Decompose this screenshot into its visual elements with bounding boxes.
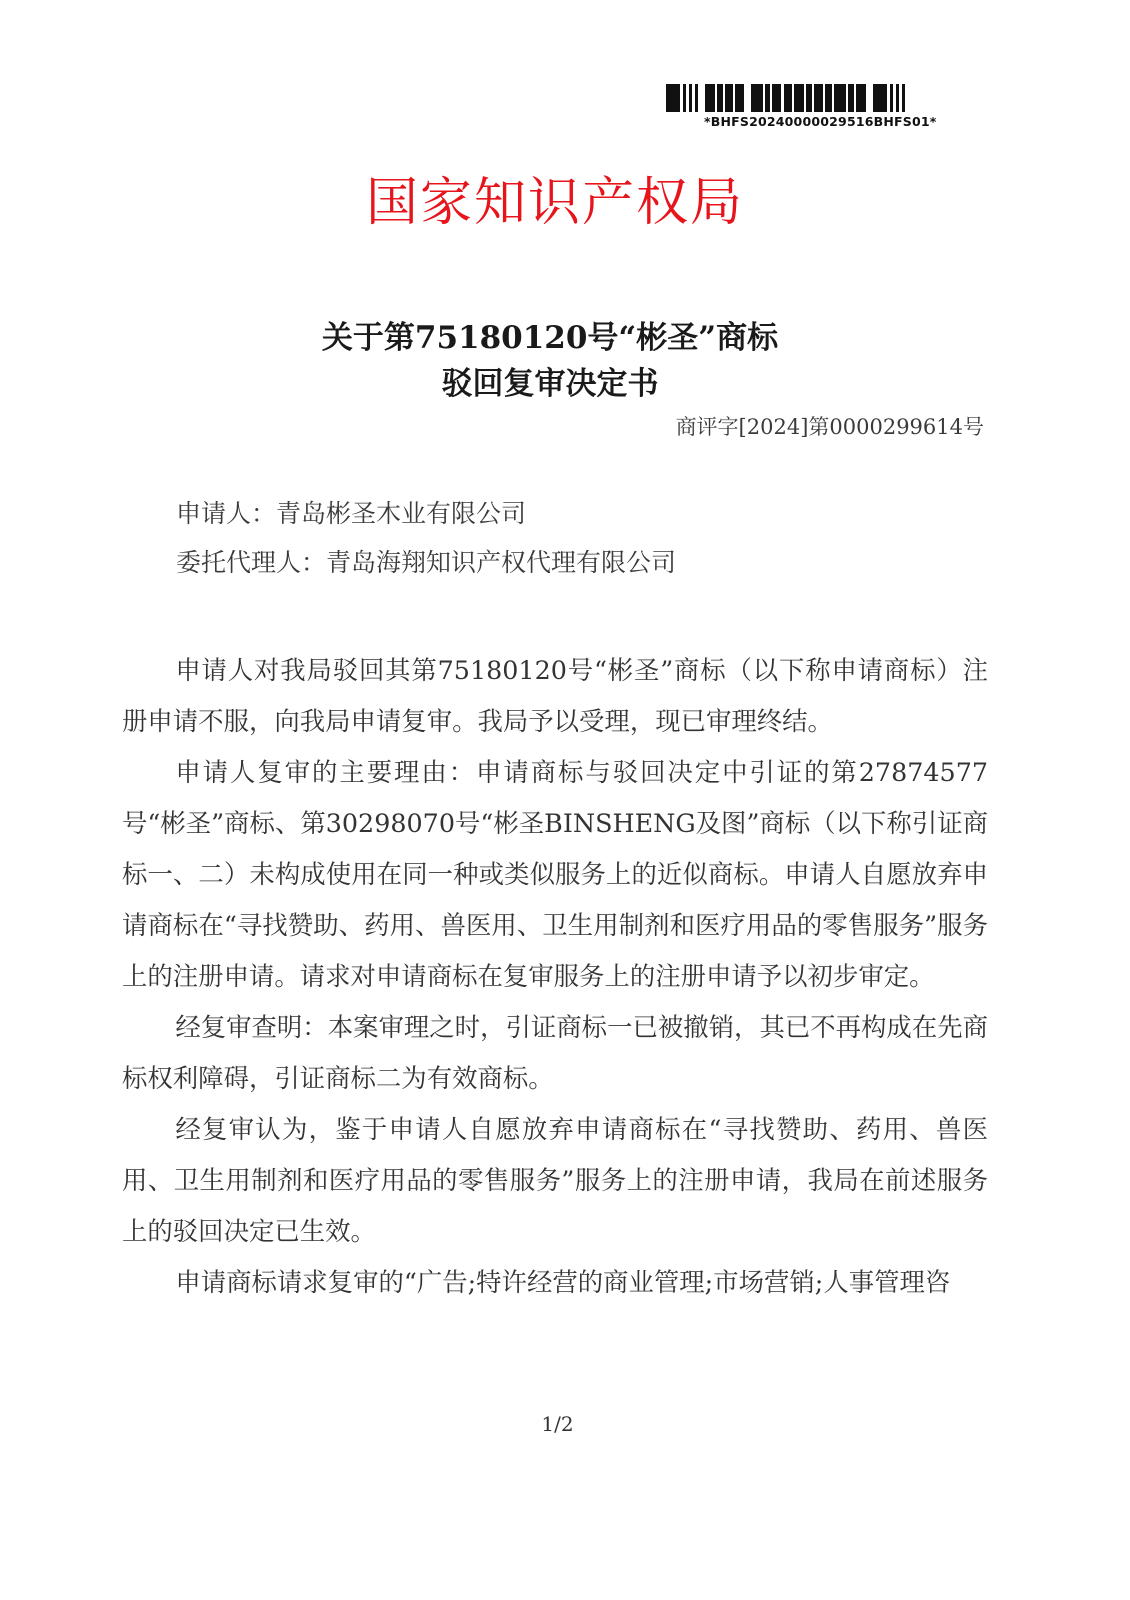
document-title-line-2: 驳回复审决定书 [0,360,1100,408]
barcode-code-text: *BHFS20240000029516BHFS01* [666,114,944,129]
paragraph-applicant-reasons: 申请人复审的主要理由：申请商标与驳回决定中引证的第27874577号“彬圣”商标… [122,747,988,1002]
paragraph-opinion: 经复审认为，鉴于申请人自愿放弃申请商标在“寻找赞助、药用、兽医用、卫生用制剂和医… [122,1104,988,1257]
page-number: 1/2 [0,1412,1115,1436]
document-barcode: *BHFS20240000029516BHFS01* [666,84,944,129]
paragraph-intro: 申请人对我局驳回其第75180120号“彬圣”商标（以下称申请商标）注册申请不服… [122,645,988,747]
agent-line: 委托代理人：青岛海翔知识产权代理有限公司 [176,545,676,581]
agency-header: 国家知识产权局 [0,168,1110,238]
agent-value: 青岛海翔知识产权代理有限公司 [326,548,676,577]
applicant-label: 申请人： [176,499,276,528]
paragraph-review-services: 申请商标请求复审的“广告;特许经营的商业管理;市场营销;人事管理咨 [122,1257,988,1308]
agent-label: 委托代理人： [176,548,326,577]
document-title-line-1: 关于第75180120号“彬圣”商标 [0,314,1100,362]
barcode-graphic [666,84,944,112]
applicant-value: 青岛彬圣木业有限公司 [276,499,526,528]
decision-body: 申请人对我局驳回其第75180120号“彬圣”商标（以下称申请商标）注册申请不服… [122,645,988,1308]
document-number: 商评字[2024]第0000299614号 [676,411,984,441]
applicant-line: 申请人：青岛彬圣木业有限公司 [176,496,526,532]
paragraph-findings: 经复审查明：本案审理之时，引证商标一已被撤销，其已不再构成在先商标权利障碍，引证… [122,1002,988,1104]
